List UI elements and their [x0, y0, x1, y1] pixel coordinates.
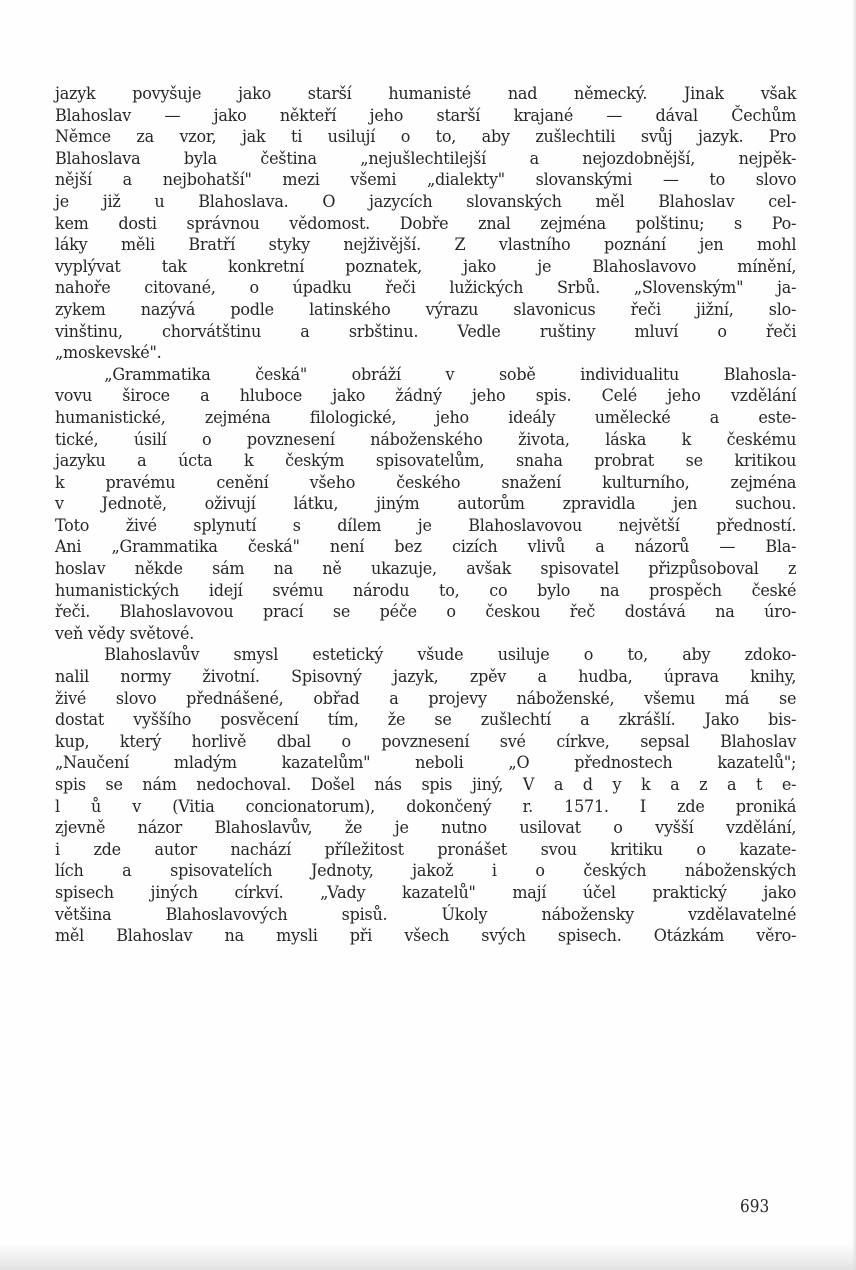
- text-line: humanistické, zejména filologické, jeho …: [55, 408, 796, 430]
- text-line: v Jednotě, oživují látku, jiným autorům …: [55, 494, 796, 516]
- text-line: tické, úsilí o povznesení náboženského ž…: [55, 430, 796, 452]
- text-line: kup, který horlivě dbal o povznesení své…: [55, 732, 796, 754]
- text-line: zykem nazývá podle latinského výrazu sla…: [55, 300, 796, 322]
- text-line: spis se nám nedochoval. Došel nás spis j…: [55, 775, 796, 797]
- text-line: Blahoslav — jako někteří jeho starší kra…: [55, 106, 796, 128]
- text-line-paragraph-end: „moskevské".: [55, 343, 796, 365]
- scan-bottom-shadow: [0, 1244, 856, 1270]
- text-line: dostat vyššího posvěcení tím, že se zušl…: [55, 710, 796, 732]
- text-line: humanistických idejí svému národu to, co…: [55, 581, 796, 603]
- page-body: jazyk povyšuje jako starší humanisté nad…: [55, 84, 796, 948]
- text-line: i zde autor nachází příležitost pronášet…: [55, 840, 796, 862]
- text-line: jazyk povyšuje jako starší humanisté nad…: [55, 84, 796, 106]
- text-line: nalil normy životní. Spisovný jazyk, zpě…: [55, 667, 796, 689]
- text-line: kem dosti správnou vědomost. Dobře znal …: [55, 214, 796, 236]
- text-line: k pravému cenění všeho českého snažení k…: [55, 473, 796, 495]
- text-line: jazyku a úcta k českým spisovatelům, sna…: [55, 451, 796, 473]
- text-line: Ani „Grammatika česká" není bez cizích v…: [55, 537, 796, 559]
- text-line: zjevně názor Blahoslavův, že je nutno us…: [55, 818, 796, 840]
- text-line: většina Blahoslavových spisů. Úkoly nábo…: [55, 905, 796, 927]
- text-line: „Naučení mladým kazatelům" neboli „O pře…: [55, 753, 796, 775]
- page-edge-shadow: [852, 0, 856, 1270]
- text-line: je již u Blahoslava. O jazycích slovansk…: [55, 192, 796, 214]
- page-number: 693: [740, 1196, 769, 1217]
- text-line: vyplývat tak konkretní poznatek, jako je…: [55, 257, 796, 279]
- text-line: Němce za vzor, jak ti usilují o to, aby …: [55, 127, 796, 149]
- text-line-paragraph-end: veň vědy světové.: [55, 624, 796, 646]
- text-line: vovu široce a hluboce jako žádný jeho sp…: [55, 386, 796, 408]
- text-line: měl Blahoslav na mysli při všech svých s…: [55, 926, 796, 948]
- text-line: vinštinu, chorvátštinu a srbštinu. Vedle…: [55, 322, 796, 344]
- text-line: řeči. Blahoslavovou prací se péče o česk…: [55, 602, 796, 624]
- text-line: živé slovo přednášené, obřad a projevy n…: [55, 689, 796, 711]
- text-line-paragraph-start: Blahoslavův smysl estetický všude usiluj…: [55, 645, 796, 667]
- text-line: láky měli Bratří styky nejživější. Z vla…: [55, 235, 796, 257]
- text-line: hoslav někde sám na ně ukazuje, avšak sp…: [55, 559, 796, 581]
- text-line: Toto živé splynutí s dílem je Blahoslavo…: [55, 516, 796, 538]
- text-line-paragraph-start: „Grammatika česká" obráží v sobě individ…: [55, 365, 796, 387]
- text-line: spisech jiných církví. „Vady kazatelů" m…: [55, 883, 796, 905]
- text-line: Blahoslava byla čeština „nejušlechtilejš…: [55, 149, 796, 171]
- text-line: nahoře citované, o úpadku řeči lužických…: [55, 278, 796, 300]
- text-line: l ů v (Vitia concionatorum), dokončený r…: [55, 797, 796, 819]
- text-line: lích a spisovatelích Jednoty, jakož i o …: [55, 861, 796, 883]
- text-line: nější a nejbohatší" mezi všemi „dialekty…: [55, 170, 796, 192]
